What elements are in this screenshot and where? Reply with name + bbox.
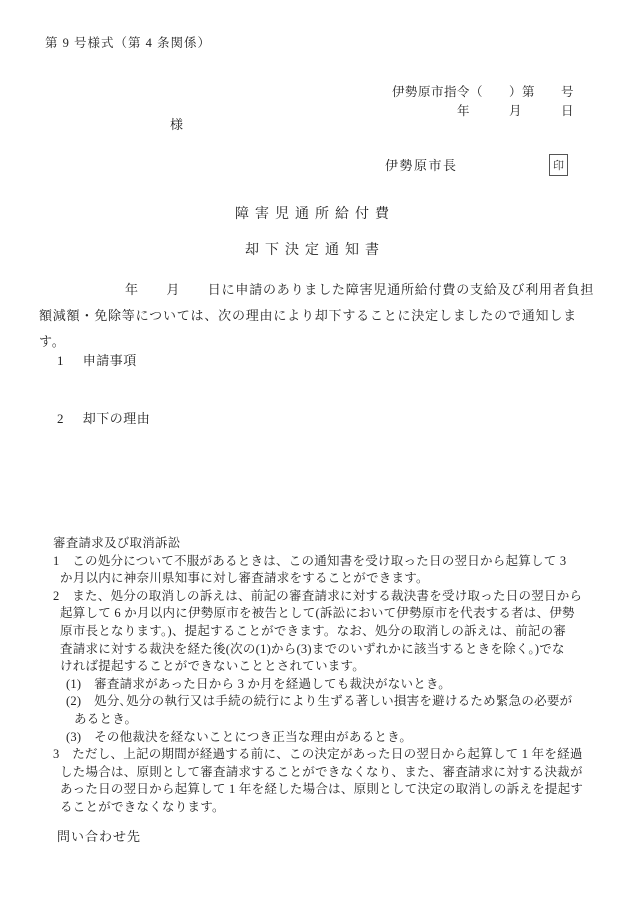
appeal-line: (2) 処分､処分の執行又は手続の続行により生ずる著しい損害を避けるため緊急の必… (53, 693, 601, 711)
seal-character: 印 (553, 157, 564, 173)
section-label: 申請事項 (83, 353, 137, 368)
appeal-line: あった日の翌日から起算して 1 年を経した場合は、原則として決定の取消しの訴えを… (53, 781, 601, 799)
notification-paragraph-line2: 額減額・免除等については、次の理由により却下することに決定しましたので通知します… (39, 303, 599, 355)
section-rejection-reason: 2 却下の理由 (57, 408, 150, 427)
appeal-line: ければ提起することができないこととされています。 (53, 658, 601, 676)
appeal-line: 1 この処分について不服があるときは、この通知書を受け取った日の翌日から起算して… (53, 553, 601, 571)
appeal-line: 2 また、処分の取消しの訴えは、前記の審査請求に対する裁決書を受け取った日の翌日… (53, 588, 601, 606)
directive-number-line: 伊勢原市指令（ ）第 号 (0, 83, 574, 102)
appeal-line: 原市長となります。)、提起することができます。なお、処分の取消しの訴えは、前記の… (53, 623, 601, 641)
document-title-line2: 却下決定通知書 (0, 239, 630, 259)
appeal-line: あるとき。 (53, 711, 601, 729)
issuer-row: 伊勢原市長 (385, 155, 458, 174)
appeal-line: (1) 審査請求があった日から 3 か月を経過しても裁決がないとき。 (53, 676, 601, 694)
section-number: 1 (57, 353, 64, 368)
header-block: 伊勢原市指令（ ）第 号 年 月 日 (0, 83, 574, 120)
contact-label: 問い合わせ先 (57, 826, 141, 845)
document-title-line1: 障害児通所給付費 (0, 203, 630, 223)
appeal-line: 3 ただし、上記の期間が経過する前に、この決定があった日の翌日から起算して 1 … (53, 746, 601, 764)
appeal-heading: 審査請求及び取消訴訟 (53, 535, 601, 553)
appeal-line: 起算して 6 か月以内に伊勢原市を被告として(訴訟において伊勢原市を代表する者は… (53, 605, 601, 623)
addressee-honorific: 様 (170, 114, 183, 133)
date-line: 年 月 日 (0, 102, 574, 121)
notification-paragraph: 年 月 日に申請のありました障害児通所給付費の支給及び利用者負担 額減額・免除等… (39, 277, 599, 355)
appeal-lines: 1 この処分について不服があるときは、この通知書を受け取った日の翌日から起算して… (53, 553, 601, 817)
section-number: 2 (57, 411, 64, 426)
appeal-notice-block: 審査請求及び取消訴訟 1 この処分について不服があるときは、この通知書を受け取っ… (53, 535, 601, 817)
section-label: 却下の理由 (83, 411, 151, 426)
appeal-line: (3) その他裁決を経ないことにつき正当な理由があるとき。 (53, 729, 601, 747)
form-number: 第 9 号様式（第 4 条関係） (45, 33, 211, 51)
document-title: 障害児通所給付費 却下決定通知書 (0, 203, 630, 259)
issuer-title: 伊勢原市長 (385, 158, 458, 173)
appeal-line: した場合は、原則として審査請求することができなくなり、また、審査請求に対する決裁… (53, 764, 601, 782)
appeal-line: か月以内に神奈川県知事に対し審査請求をすることができます。 (53, 570, 601, 588)
section-application-items: 1 申請事項 (57, 350, 137, 369)
notification-paragraph-line1: 年 月 日に申請のありました障害児通所給付費の支給及び利用者負担 (39, 277, 599, 303)
seal-stamp: 印 (549, 154, 568, 176)
document-page: 第 9 号様式（第 4 条関係） 伊勢原市指令（ ）第 号 年 月 日 様 伊勢… (0, 0, 630, 915)
appeal-line: 査請求に対する裁決を経た後(次の(1)から(3)までのいずれかに該当するときを除… (53, 641, 601, 659)
appeal-line: ることができなくなります。 (53, 799, 601, 817)
